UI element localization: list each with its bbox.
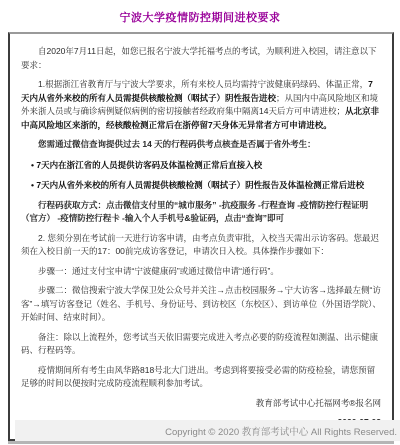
footer-bar: Copyright © 2020 教育部考试中心 All Rights Rese… <box>15 420 400 441</box>
trip-code-instructions: 行程码获取方式：点击微信支付里的“城市服务” -抗疫服务 -行程查询 -疫情防控… <box>21 199 381 226</box>
list-item-out-of-province-rule: 7天内从省外来校的所有人员需提供核酸检测（咽拭子）阴性报告及体温检测正常后进校 <box>31 179 381 192</box>
remark-paragraph: 备注：除以上流程外，您考试当天依旧需要完成进入考点必要的防疫流程如测温、出示健康… <box>21 331 381 358</box>
notice-box: 自2020年7月11日起，如您已报名宁波大学托福考点的考试，为顺利进入校园，请注… <box>8 32 394 441</box>
entry-rules-list: 7天内在浙江省的人员提供访客码及体温检测正常后直接入校 7天内从省外来校的所有人… <box>31 159 381 192</box>
requirement-1-normal-1: 1.根据浙江省教育厅与宁波大学要求，所有来校人员均需持宁波健康码绿码、体温正常， <box>38 79 368 89</box>
copyright-text: Copyright © 2020 教育部考试中心 All Rights Rese… <box>165 427 397 438</box>
requirement-2-paragraph: 2. 您须分别在考试前一天进行访客申请，由考点负责审批，入校当天需出示访客码。您… <box>21 232 381 259</box>
requirement-1-paragraph: 1.根据浙江省教育厅与宁波大学要求，所有来校人员均需持宁波健康码绿码、体温正常，… <box>21 78 381 132</box>
itinerary-check-line: 您需通过微信查询提供过去 14 天的行程码供考点核查是否属于省外考生： <box>21 138 381 152</box>
step-1-paragraph: 步骤一：通过支付宝申请“宁波健康码”或通过微信申请“通行码”。 <box>21 265 381 279</box>
list-item-in-province-rule: 7天内在浙江省的人员提供访客码及体温检测正常后直接入校 <box>31 159 381 172</box>
gate-info-paragraph: 疫情期间所有考生由风华路818号北大门进出。考虑到将要接受必需的防疫检验，请您预… <box>21 364 381 391</box>
step-2-paragraph: 步骤二：微信搜索宁波大学保卫处公众号并关注→点击校园服务→宁大访客→选择最左侧“… <box>21 284 381 325</box>
notice-page: 宁波大学疫情防控期间进校要求 自2020年7月11日起，如您已报名宁波大学托福考… <box>0 0 400 445</box>
intro-paragraph: 自2020年7月11日起，如您已报名宁波大学托福考点的考试，为顺利进入校园，请注… <box>21 45 381 72</box>
signature-line: 教育部考试中心托福网考®报名网 <box>21 397 381 411</box>
page-title: 宁波大学疫情防控期间进校要求 <box>0 9 400 25</box>
